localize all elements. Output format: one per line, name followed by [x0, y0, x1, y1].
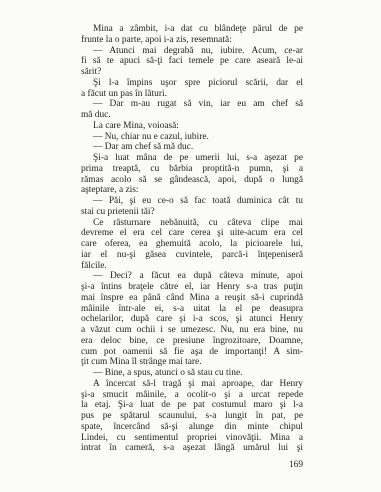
text-line: la etaj. Şi-a luat de pe pat costumul ma…: [81, 400, 303, 411]
text-line: care oferea, ea ghemuită acolo, la picio…: [81, 239, 303, 250]
text-line: şi-a întins braţele către el, iar Henry …: [81, 282, 303, 293]
text-line: şi-a smucit mâinile, a ocolit-o şi a urc…: [81, 390, 303, 401]
text-line: fălcile.: [81, 261, 303, 272]
text-line: — Dar m-au rugat să vin, iar eu am chef …: [81, 99, 303, 110]
text-line: prima treaptă, cu bărbia proptită-n pumn…: [81, 164, 303, 175]
text-line: mă duc.: [81, 110, 303, 121]
text-line: a făcut un pas în lături.: [81, 89, 303, 100]
text-line: intrat în cameră, s-a aşezat lângă umăru…: [81, 443, 303, 454]
text-line: Lindei, cu sentimentul propriei vinovăţi…: [81, 433, 303, 444]
text-line: A încercat să-l tragă şi mai aproape, da…: [81, 379, 303, 390]
text-line: sărit?: [81, 67, 303, 78]
text-line: — Nu, chiar nu e cazul, iubire.: [81, 132, 303, 143]
text-line: ochelarilor, după care şi i-a scos, şi a…: [81, 314, 303, 325]
text-line: frunte la o parte, apoi i-a zis, resemna…: [81, 35, 303, 46]
text-line: stai cu prietenii tăi?: [81, 207, 303, 218]
text-line: pus pe spătarul scaunului, s-a lungit în…: [81, 411, 303, 422]
text-line: Ce răsturnare nebănuită, cu câteva clipe…: [81, 218, 303, 229]
text-line: — Deci? a făcut ea după câteva minute, a…: [81, 271, 303, 282]
page-number: 169: [81, 460, 303, 471]
text-line: rămas acolo să se gândească, apoi, după …: [81, 175, 303, 186]
text-line: Şi-a luat mâna de pe umerii lui, s-a aşe…: [81, 153, 303, 164]
text-line: Mina a zâmbit, i-a dat cu blândeţe părul…: [81, 24, 303, 35]
text-line: — Bine, a spus, atunci o să stau cu tine…: [81, 368, 303, 379]
text-line: iar el nu-şi găsea cuvintele, parcă-i în…: [81, 250, 303, 261]
text-line: mai înspre ea până când Mina a reuşit să…: [81, 293, 303, 304]
text-block: Mina a zâmbit, i-a dat cu blândeţe părul…: [81, 24, 303, 454]
text-line: spate, încercând să-şi alunge din minte …: [81, 422, 303, 433]
text-line: era deloc bine, ce presiune îngrozitoare…: [81, 336, 303, 347]
text-line: — Atunci mai degrabă nu, iubire. Acum, c…: [81, 46, 303, 57]
text-line: — Dar am chef să mă duc.: [81, 142, 303, 153]
text-line: — Păi, şi eu ce-o să fac toată duminica …: [81, 196, 303, 207]
text-line: La care Mina, voioasă:: [81, 121, 303, 132]
book-page: Mina a zâmbit, i-a dat cu blândeţe părul…: [0, 0, 381, 492]
text-line: mâinile într-ale ei, s-a uitat la el pe …: [81, 304, 303, 315]
text-line: ţit cum Mina îl strânge mai tare.: [81, 357, 303, 368]
text-line: cum pot oamenii să fie aşa de importanţi…: [81, 347, 303, 358]
text-line: Şi l-a împins uşor spre piciorul scării,…: [81, 78, 303, 89]
text-line: devreme el era cel care cerea şi uite-ac…: [81, 228, 303, 239]
text-line: a văzut cum ochii i se umezesc. Nu, nu e…: [81, 325, 303, 336]
text-line: aşteptare, a zis:: [81, 185, 303, 196]
text-line: fi să te apuci să-ţi faci temele pe care…: [81, 56, 303, 67]
